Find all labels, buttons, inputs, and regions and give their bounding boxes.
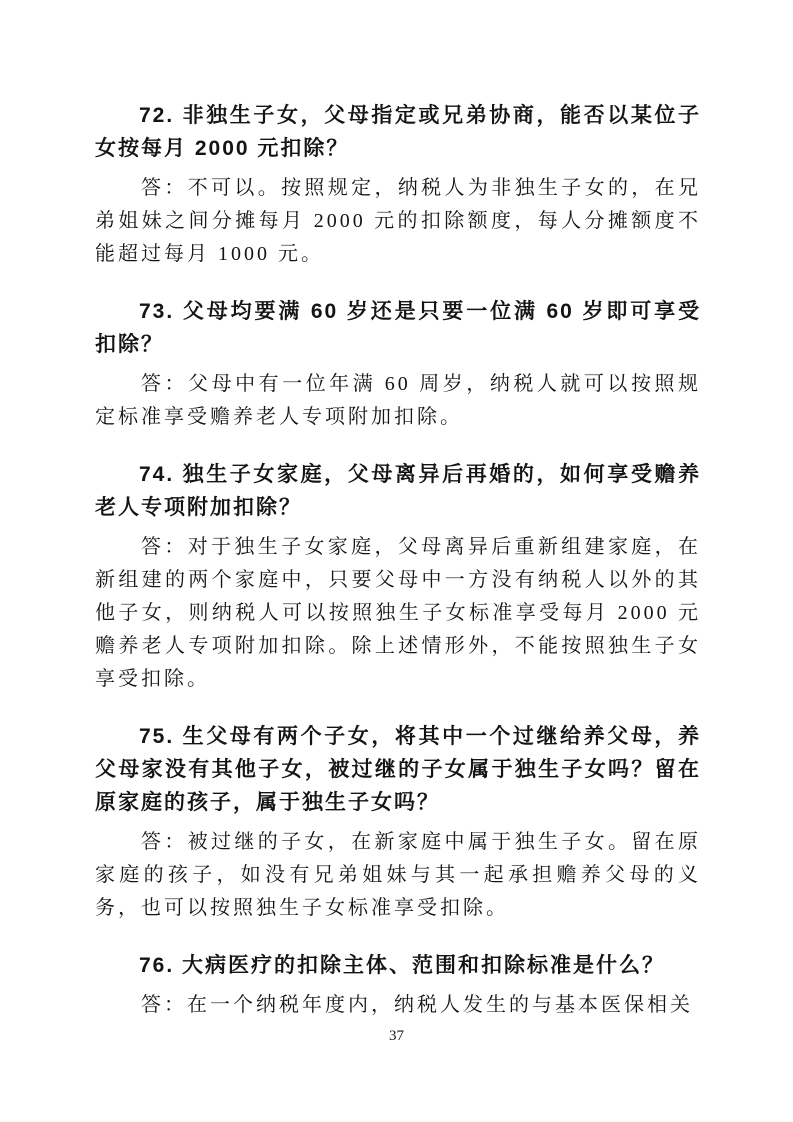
document-page: 72. 非独生子女，父母指定或兄弟协商，能否以某位子女按每月 2000 元扣除？… <box>0 0 793 1122</box>
answer-paragraph: 答：在一个纳税年度内，纳税人发生的与基本医保相关 <box>95 989 701 1022</box>
question-heading: 76. 大病医疗的扣除主体、范围和扣除标准是什么？ <box>95 949 701 982</box>
answer-paragraph: 答：被过继的子女，在新家庭中属于独生子女。留在原家庭的孩子，如没有兄弟姐妹与其一… <box>95 826 701 925</box>
faq-section-73: 73. 父母均要满 60 岁还是只要一位满 60 岁即可享受扣除？ 答：父母中有… <box>95 295 701 434</box>
answer-paragraph: 答：不可以。按照规定，纳税人为非独生子女的，在兄弟姐妹之间分摊每月 2000 元… <box>95 172 701 271</box>
answer-paragraph: 答：父母中有一位年满 60 周岁，纳税人就可以按照规定标准享受赡养老人专项附加扣… <box>95 368 701 434</box>
question-heading: 72. 非独生子女，父母指定或兄弟协商，能否以某位子女按每月 2000 元扣除？ <box>95 99 701 165</box>
question-heading: 75. 生父母有两个子女，将其中一个过继给养父母，养父母家没有其他子女，被过继的… <box>95 720 701 819</box>
question-heading: 73. 父母均要满 60 岁还是只要一位满 60 岁即可享受扣除？ <box>95 295 701 361</box>
faq-section-76: 76. 大病医疗的扣除主体、范围和扣除标准是什么？ 答：在一个纳税年度内，纳税人… <box>95 949 701 1022</box>
faq-section-75: 75. 生父母有两个子女，将其中一个过继给养父母，养父母家没有其他子女，被过继的… <box>95 720 701 925</box>
faq-section-72: 72. 非独生子女，父母指定或兄弟协商，能否以某位子女按每月 2000 元扣除？… <box>95 99 701 271</box>
question-heading: 74. 独生子女家庭，父母离异后再婚的，如何享受赡养老人专项附加扣除？ <box>95 458 701 524</box>
page-number: 37 <box>0 1027 793 1045</box>
faq-section-74: 74. 独生子女家庭，父母离异后再婚的，如何享受赡养老人专项附加扣除？ 答：对于… <box>95 458 701 696</box>
faq-content: 72. 非独生子女，父母指定或兄弟协商，能否以某位子女按每月 2000 元扣除？… <box>95 99 701 1022</box>
answer-paragraph: 答：对于独生子女家庭，父母离异后重新组建家庭，在新组建的两个家庭中，只要父母中一… <box>95 531 701 696</box>
